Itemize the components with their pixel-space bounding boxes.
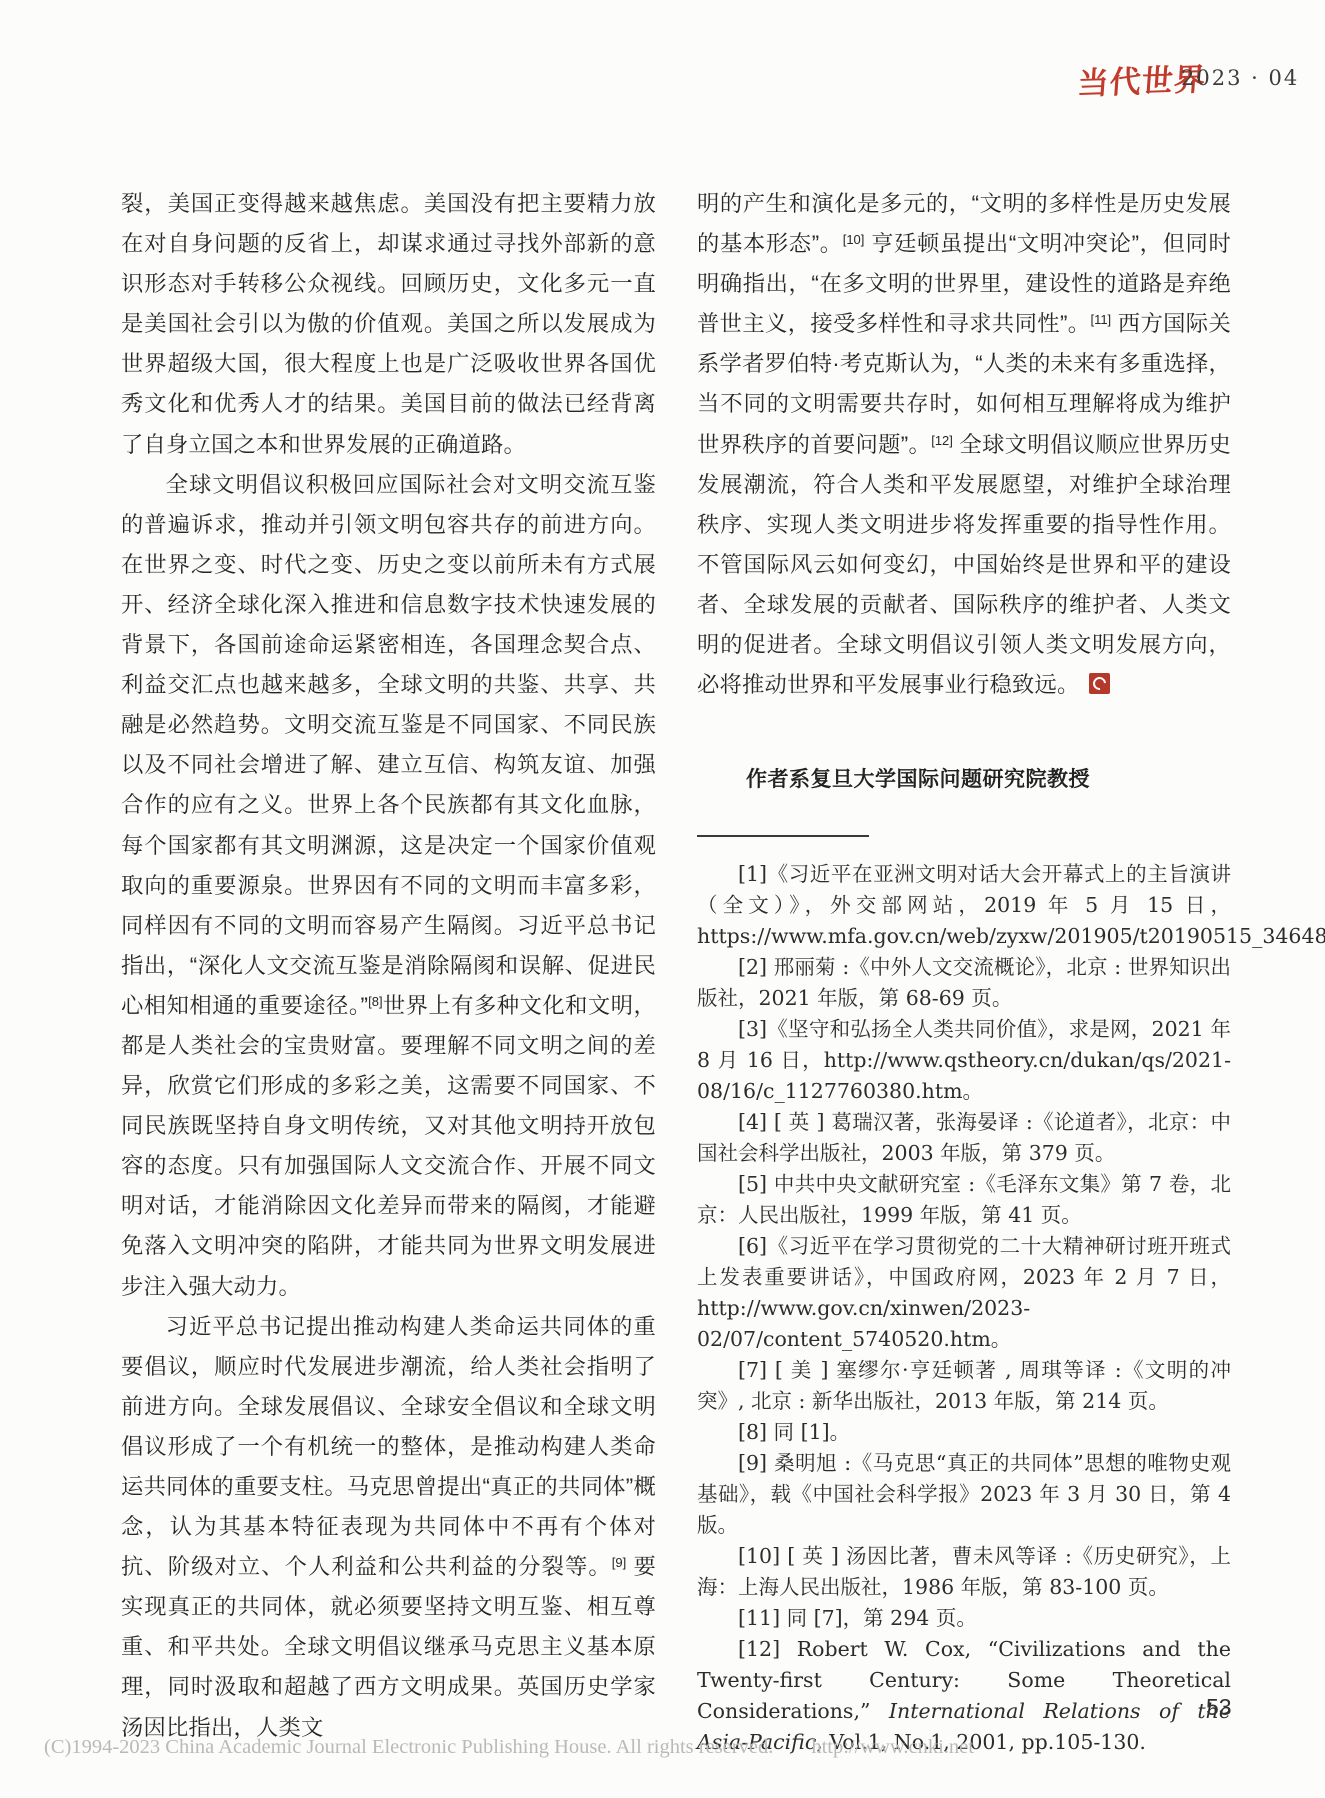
copyright-text: (C)1994-2023 China Academic Journal Elec… (44, 1736, 773, 1758)
author-note: 作者系复旦大学国际问题研究院教授 (746, 763, 1231, 793)
reference-item: [2] 邢丽菊 :《中外人文交流概论》，北京 : 世界知识出版社，2021 年版… (697, 952, 1231, 1014)
footer-url[interactable]: http://www.cnki.net (811, 1736, 974, 1758)
footnote-divider (697, 835, 869, 837)
article-end-mark-icon (1089, 673, 1110, 694)
reference-item: [5] 中共中央文献研究室 :《毛泽东文集》第 7 卷，北京：人民出版社，199… (697, 1169, 1231, 1231)
page-footer: (C)1994-2023 China Academic Journal Elec… (44, 1736, 1304, 1759)
article-paragraph: 习近平总书记提出推动构建人类命运共同体的重要倡议，顺应时代发展进步潮流，给人类社… (121, 1307, 656, 1748)
article-paragraph: 明的产生和演化是多元的，“文明的多样性是历史发展的基本形态”。[10] 亨廷顿虽… (697, 184, 1231, 705)
paragraph-text: 明的产生和演化是多元的，“文明的多样性是历史发展的基本形态”。[10] 亨廷顿虽… (697, 191, 1231, 697)
reference-item: [10] [ 英 ] 汤因比著，曹未风等译 :《历史研究》，上海：上海人民出版社… (697, 1541, 1231, 1603)
reference-item: [4] [ 英 ] 葛瑞汉著，张海晏译 :《论道者》，北京：中国社会科学出版社，… (697, 1107, 1231, 1169)
left-column: 裂，美国正变得越来越焦虑。美国没有把主要精力放在对自身问题的反省上，却谋求通过寻… (121, 184, 656, 1748)
reference-item: [9] 桑明旭 :《马克思“真正的共同体”思想的唯物史观基础》，载《中国社会科学… (697, 1448, 1231, 1541)
article-paragraph: 裂，美国正变得越来越焦虑。美国没有把主要精力放在对自身问题的反省上，却谋求通过寻… (121, 184, 656, 465)
reference-item: [6]《习近平在学习贯彻党的二十大精神研讨班开班式上发表重要讲话》，中国政府网，… (697, 1231, 1231, 1355)
reference-item: [11] 同 [7]，第 294 页。 (697, 1603, 1231, 1634)
page-number: 53 (1206, 1694, 1232, 1721)
references-list: [1]《习近平在亚洲文明对话大会开幕式上的主旨演讲（全文）》，外交部网站，201… (697, 859, 1231, 1758)
issue-number: 2023 · 04 (1181, 66, 1299, 90)
reference-item: [8] 同 [1]。 (697, 1417, 1231, 1448)
right-column: 明的产生和演化是多元的，“文明的多样性是历史发展的基本形态”。[10] 亨廷顿虽… (697, 184, 1231, 1758)
article-paragraph: 全球文明倡议积极回应国际社会对文明交流互鉴的普遍诉求，推动并引领文明包容共存的前… (121, 465, 656, 1307)
journal-page: 当代世界 2023 · 04 裂，美国正变得越来越焦虑。美国没有把主要精力放在对… (0, 0, 1325, 1798)
reference-item: [1]《习近平在亚洲文明对话大会开幕式上的主旨演讲（全文）》，外交部网站，201… (697, 859, 1231, 952)
reference-item: [3]《坚守和弘扬全人类共同价值》，求是网，2021 年 8 月 16 日，ht… (697, 1014, 1231, 1107)
reference-item: [7] [ 美 ] 塞缪尔·亨廷顿著 , 周琪等译 :《文明的冲突》, 北京 :… (697, 1355, 1231, 1417)
